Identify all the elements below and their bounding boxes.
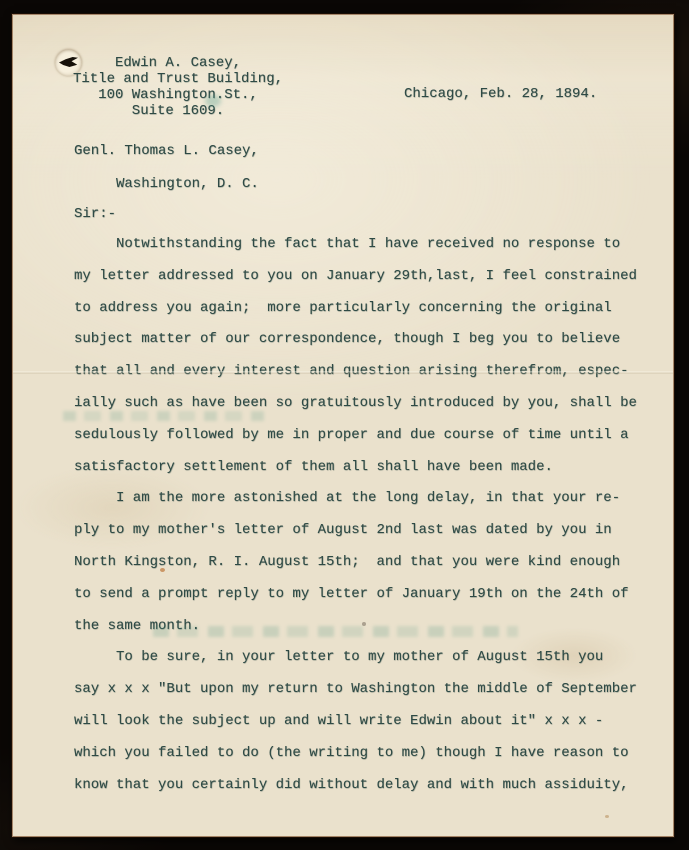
ink-smudge xyxy=(205,95,221,107)
letter-line: Notwithstanding the fact that I have rec… xyxy=(74,229,654,261)
letter-body: Notwithstanding the fact that I have rec… xyxy=(74,229,654,801)
letter-line: To be sure, in your letter to my mother … xyxy=(74,642,654,674)
letter-line: satisfactory settlement of them all shal… xyxy=(74,452,654,484)
letterhead-line: Title and Trust Building, xyxy=(73,71,283,87)
sender-letterhead: Edwin A. Casey,Title and Trust Building,… xyxy=(73,55,283,119)
paragraph: Notwithstanding the fact that I have rec… xyxy=(74,229,654,483)
paragraph: To be sure, in your letter to my mother … xyxy=(74,642,654,801)
letter-line: which you failed to do (the writing to m… xyxy=(74,738,654,770)
letter-line: my letter addressed to you on January 29… xyxy=(74,261,654,293)
letterhead-line: Suite 1609. xyxy=(73,103,283,119)
letter-line: North Kingston, R. I. August 15th; and t… xyxy=(74,547,654,579)
paragraph: I am the more astonished at the long del… xyxy=(74,483,654,642)
letterhead-line: 100 Washington.St., xyxy=(73,87,283,103)
foxing-speck xyxy=(160,568,165,572)
letterhead-line: Edwin A. Casey, xyxy=(73,55,283,71)
letter-line: subject matter of our correspondence, th… xyxy=(74,324,654,356)
salutation: Sir:- xyxy=(74,206,116,222)
foxing-speck xyxy=(362,622,366,626)
letter-line: will look the subject up and will write … xyxy=(74,706,654,738)
letter-page: Edwin A. Casey,Title and Trust Building,… xyxy=(12,14,674,837)
letter-line: to address you again; more particularly … xyxy=(74,293,654,325)
foxing-speck xyxy=(605,815,609,818)
letter-line: sedulously followed by me in proper and … xyxy=(74,420,654,452)
ink-bleed-smudge xyxy=(63,411,268,421)
letter-line: ply to my mother's letter of August 2nd … xyxy=(74,515,654,547)
letter-line: say x x x "But upon my return to Washing… xyxy=(74,674,654,706)
recipient-city: Washington, D. C. xyxy=(116,176,259,192)
scan-background: Edwin A. Casey,Title and Trust Building,… xyxy=(0,0,689,850)
letter-line: know that you certainly did without dela… xyxy=(74,770,654,802)
letter-line: to send a prompt reply to my letter of J… xyxy=(74,579,654,611)
letter-line: I am the more astonished at the long del… xyxy=(74,483,654,515)
dateline: Chicago, Feb. 28, 1894. xyxy=(404,86,597,102)
recipient-name: Genl. Thomas L. Casey, xyxy=(74,143,259,159)
ink-bleed-smudge xyxy=(153,626,518,637)
fold-crease xyxy=(13,371,673,374)
